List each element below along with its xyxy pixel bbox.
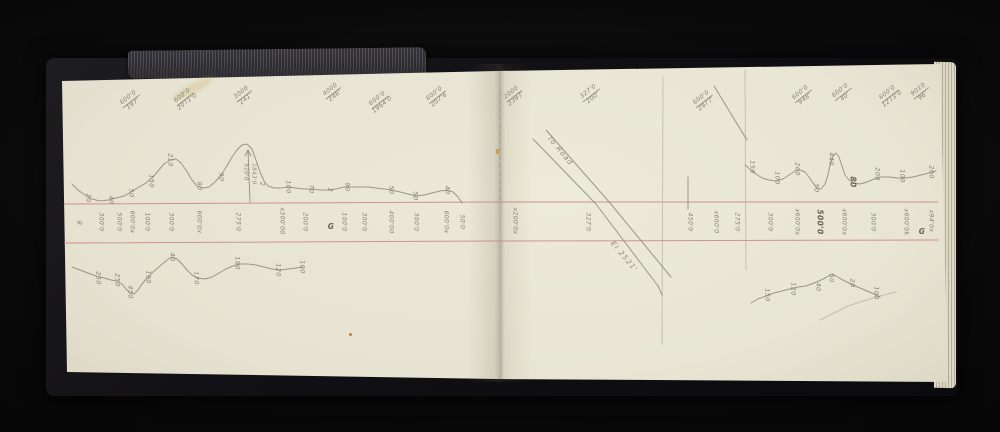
orange-fleck bbox=[349, 333, 352, 336]
notebook-photo: 600'0197'600'02071'03000241'4000246'600'… bbox=[0, 0, 1000, 432]
gutter-shadow bbox=[468, 64, 532, 382]
yellow-fleck bbox=[496, 149, 499, 154]
